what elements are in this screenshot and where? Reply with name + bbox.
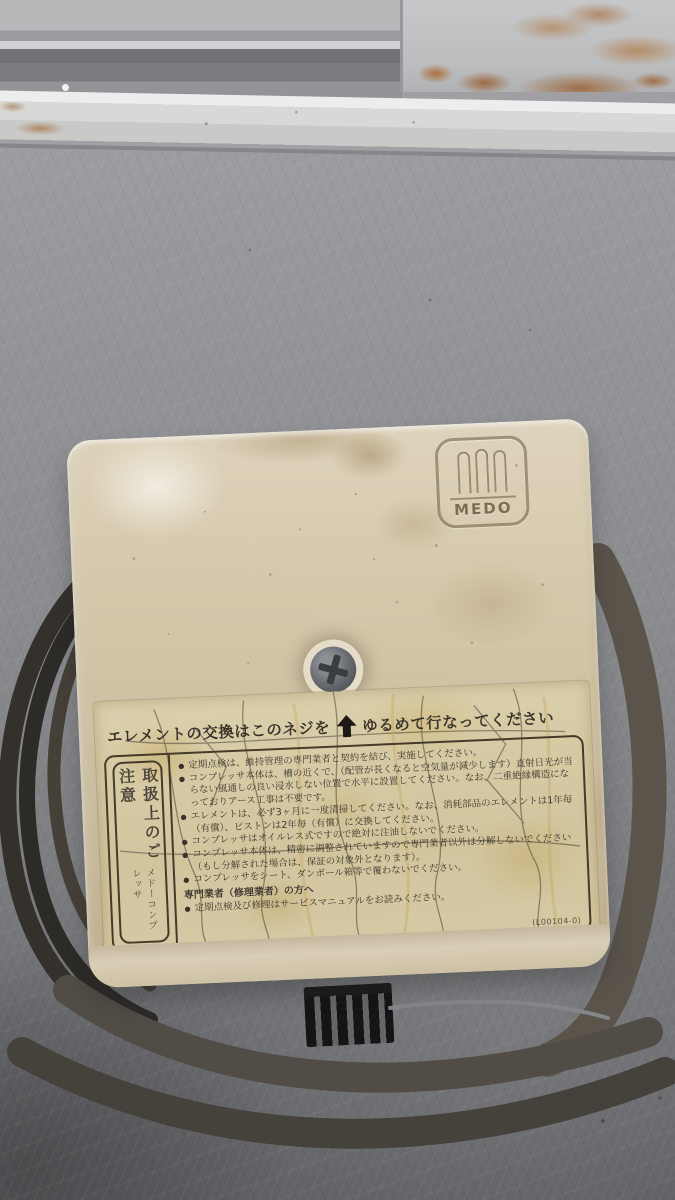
instruction-label: エレメントの交換はこのネジを ゆるめて行なってください 取扱上のご注意 メドーコ… — [93, 680, 600, 959]
medo-logo-icon — [456, 448, 507, 494]
air-pump-device: MEDO — [66, 418, 611, 988]
label-side-title-cell: 取扱上のご注意 メドーコンプレッサ — [106, 755, 178, 950]
heading-text-right: ゆるめて行なってください — [362, 706, 555, 736]
up-arrow-icon — [336, 715, 357, 738]
heading-text-left: エレメントの交換はこのネジを — [106, 716, 330, 748]
side-title-small: メドーコンプレッサ — [128, 867, 159, 938]
side-title-large: 取扱上のご注意 — [114, 766, 164, 866]
photo-air-pump-on-metal-table: MEDO — [0, 0, 675, 1200]
cable-thin — [390, 1002, 608, 1018]
element-access-screw — [309, 646, 357, 694]
label-bordered-box: 取扱上のご注意 メドーコンプレッサ ●定期点検は、維持管理の専門業者と契約を結び… — [104, 735, 592, 952]
label-content: ●定期点検は、維持管理の専門業者と契約を結び、実施してください。 ●コンプレッサ… — [170, 737, 590, 947]
medo-logo-text: MEDO — [450, 495, 517, 519]
medo-logo: MEDO — [434, 435, 530, 529]
